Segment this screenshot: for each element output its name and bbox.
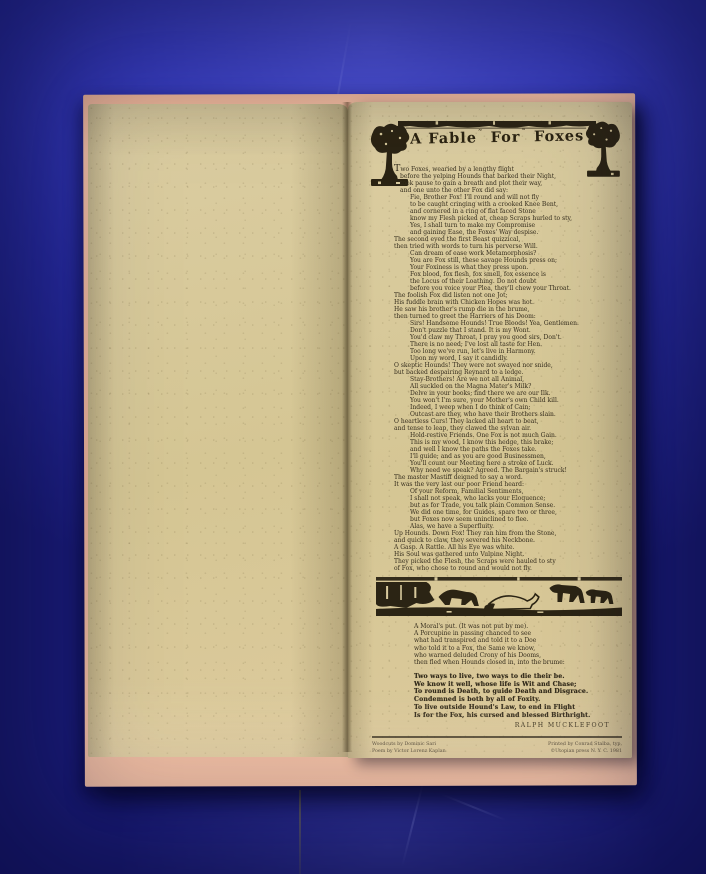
envoi-line: To round is Death, to guide Death and Di… [414, 688, 622, 696]
title-flourish: ˜ [520, 129, 528, 139]
poem-line: and one unto the other Fox did say: [400, 187, 622, 194]
poem-line: and well I know the paths the Foxes take… [410, 446, 622, 453]
moral-line: what had transpired and told it to a Doe [414, 637, 622, 644]
scratch-mark [440, 793, 506, 821]
poem-line: and cornered in a ring of flat faced Sto… [410, 208, 622, 215]
poem-line: took pause to gain a breath and plot the… [400, 180, 622, 187]
poem-line: His fuddle brain with Chicken Hopes was … [394, 299, 622, 306]
poem-line: and gaining Ease, the Foxes' Way despise… [410, 229, 622, 236]
poem-line: Stay-Brothers! Are we not all Animal, [410, 376, 622, 383]
envoi-line: Is for the Fox, his cursed and blessed B… [414, 712, 622, 720]
envoi-line: We know it well, whose life is Wit and C… [414, 681, 622, 689]
poem-line: Delve in your books; find there we are o… [410, 390, 622, 397]
poem-line: but backed despairing Reynard to a ledge… [394, 369, 622, 376]
poem-line: of Fox, who chose to round and would not… [394, 565, 622, 572]
poem-line: Too long we've run, let's live in Harmon… [410, 348, 622, 355]
poem-line: His Soul was gathered unto Vulpine Night… [394, 551, 622, 558]
poem-line: and tense to leap, they clawed the sylva… [394, 425, 622, 432]
poem-line: Sirs! Handsome Hounds! True Bloods! Yea,… [410, 320, 622, 327]
poem-line: but Foxes now seem uninclined to flee. [410, 516, 622, 523]
poem-line: Alas, we have a Superfluity. [410, 523, 622, 530]
poem-line: I'll guide; and as you are good Business… [410, 453, 622, 460]
poem-line: A Gasp. A Rattle. All his Eye was white. [394, 544, 622, 551]
envoi-line: To live outside Hound's Law, to end in F… [414, 704, 622, 712]
poem-line: You won't I'm sure, your Mother's own Ch… [410, 397, 622, 404]
photo-backdrop: A Fable˜ For˜ Foxes Two Foxes, wearied b… [0, 0, 706, 874]
poem-title: A Fable˜ For˜ Foxes [410, 127, 584, 147]
page-gutter [342, 102, 352, 752]
envoi-line: Condemned is both by all of Foxity. [414, 696, 622, 704]
poem-line: before the yelping Hounds that barked th… [400, 173, 622, 180]
envoi-stanza: Two ways to live, two ways to die their … [414, 673, 622, 719]
poem-line: O skeptic Hounds! They were not swayed n… [394, 362, 622, 369]
poem-line: Hold-restive Friends. One Fox is not muc… [410, 432, 622, 439]
colophon: Woodcuts by Dominic SariPoem by Victor L… [372, 741, 622, 755]
poem-line: He saw his brother's rump die in the bru… [394, 306, 622, 313]
poem-line: This is my wood, I know this hedge, this… [410, 439, 622, 446]
poem-line: The second eyed the first Beast quizzica… [394, 236, 622, 243]
poem-line: Two Foxes, wearied by a lengthy flight [394, 165, 622, 173]
colophon-line: ©Utopian press N. Y. C. 1981 [548, 748, 622, 755]
poem-line: You'll count our Meeting here a stroke o… [410, 460, 622, 467]
poem-line: the Locus of their Loathing. Do not doub… [410, 278, 622, 285]
colophon-line: Poem by Victor Lorenz Kaplan [372, 748, 446, 755]
poem-line: You are Fox still, these savage Hounds p… [410, 257, 622, 264]
poem-line: Of your Reform, Familial Sentiments, [410, 488, 622, 495]
envoi-line: Two ways to live, two ways to die their … [414, 673, 622, 681]
poem-line: Fie, Brother Fox! I'll round and will no… [410, 194, 622, 201]
poem-line: Don't puzzle that I stand. It is my Wont… [410, 327, 622, 334]
poem-line: then turned to greet the Harriers of his… [394, 313, 622, 320]
poem-line: Up Hounds. Down Fox! They ran him from t… [394, 530, 622, 537]
hounds-woodcut-icon [376, 576, 622, 616]
poem-line: Indeed, I weep when I do think of Cain; [410, 404, 622, 411]
poem-page: A Fable˜ For˜ Foxes Two Foxes, wearied b… [348, 102, 632, 758]
blank-left-page [88, 104, 348, 757]
author-signature: RALPH MUCKLEFOOT [515, 722, 610, 729]
scratch-mark [401, 779, 425, 867]
poem-line: then tried with words to turn his perver… [394, 243, 622, 250]
moral-stanza: A Moral's put. (It was not put by me).A … [414, 623, 622, 666]
poem-line: We did one time, for Guides, spare two o… [410, 509, 622, 516]
open-broadside-book: A Fable˜ For˜ Foxes Two Foxes, wearied b… [80, 94, 640, 788]
poem-line: They picked the Flesh, the Scraps were h… [394, 558, 622, 565]
moral-line: who told it to a Fox, the Same we know, [414, 645, 622, 652]
moral-line: then fled when Hounds closed in, into th… [414, 659, 622, 666]
poem-line: The master Mastiff deigned to say a word… [394, 474, 622, 481]
title-flourish: ˜ [477, 129, 485, 139]
poem-line: Why need we speak? Agreed. The Bargain's… [410, 467, 622, 474]
colophon-right: Printed by Conrad Stalba, typ.©Utopian p… [548, 741, 622, 755]
poem-line: to be caught cringing with a crooked Kne… [410, 201, 622, 208]
poem-line: You'd claw my Throat, I pray you good si… [410, 334, 622, 341]
poem-line: All suckled on the Magna Mater's Milk? [410, 383, 622, 390]
poem-title-word: For [490, 129, 520, 147]
moral-line: A Porcupine in passing chanced to see [414, 630, 622, 637]
moral-line: who warned deluded Crony of his Dooms, [414, 652, 622, 659]
poem-line: Your Foxiness is what they press upon. [410, 264, 622, 271]
poem-line: The foolish Fox did listen not one Jot; [394, 292, 622, 299]
poem-body: Two Foxes, wearied by a lengthy flightbe… [394, 165, 622, 572]
poem-title-word: A Fable [410, 129, 477, 147]
drip-stain [299, 790, 301, 874]
poem-line: O heartless Curs! They lacked all heart … [394, 418, 622, 425]
colophon-rule [372, 736, 622, 738]
colophon-left: Woodcuts by Dominic SariPoem by Victor L… [372, 741, 446, 755]
poem-title-word: Foxes [534, 127, 585, 145]
colophon-line: Printed by Conrad Stalba, typ. [548, 741, 622, 748]
poem-line: know my Flesh picked at, cheap Scraps hu… [410, 215, 622, 222]
moral-line: A Moral's put. (It was not put by me). [414, 623, 622, 630]
poem-line: Yes, I shall turn to make my Compromise [410, 222, 622, 229]
poem-line: It was the very last our poor Friend hea… [394, 481, 622, 488]
poem-line: Can dream of ease work Metamorphosis? [410, 250, 622, 257]
colophon-line: Woodcuts by Dominic Sari [372, 741, 446, 748]
poem-line: but as for Trade, you talk plain Common … [410, 502, 622, 509]
poem-line: I shall not speak, who lacks your Eloque… [410, 495, 622, 502]
poem-line: and quick to claw, they severed his Neck… [394, 537, 622, 544]
poem-line: Fox blood, fox flesh, fox smell, fox ess… [410, 271, 622, 278]
poem-line: Upon my word, I say it candidly. [410, 355, 622, 362]
poem-line: before you voice your Plea, they'll chew… [410, 285, 622, 292]
poem-line: Outcast are they, who have their Brother… [410, 411, 622, 418]
poem-line: There is no need; I've lost all taste fo… [410, 341, 622, 348]
